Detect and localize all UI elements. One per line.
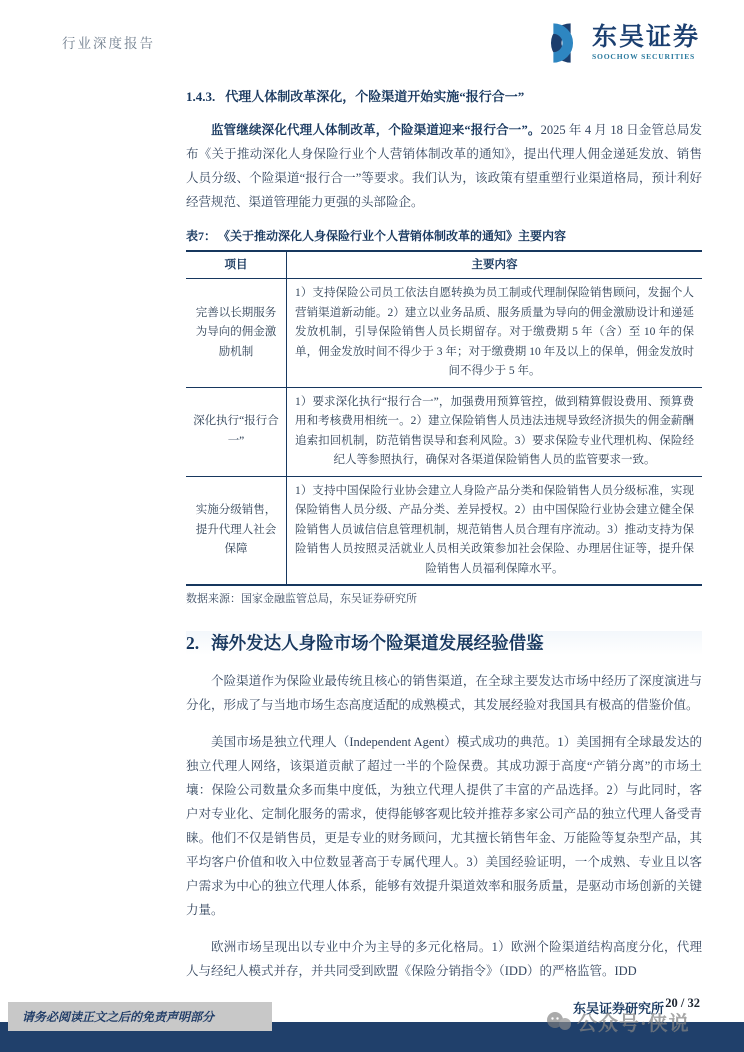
table7-header-row: 项目 主要内容: [186, 251, 702, 279]
table7-row3-item: 实施分级销售，提升代理人社会保障: [186, 476, 287, 585]
brand-block: 东吴证券 SOOCHOW SECURITIES: [539, 20, 700, 66]
table-row: 完善以长期服务为导向的佣金激励机制 1）支持保险公司员工依法自愿转换为员工制或代…: [186, 279, 702, 388]
watermark-text: 公众号·侠说: [577, 1007, 690, 1036]
table7-row3-content: 1）支持中国保险行业协会建立人身险产品分类和保险销售人员分级标准，实现保险销售人…: [287, 476, 703, 585]
paragraph-europe-market: 欧洲市场呈现出以专业中介为主导的多元化格局。1）欧洲个险渠道结构高度分化，代理人…: [186, 935, 702, 983]
table-row: 实施分级销售，提升代理人社会保障 1）支持中国保险行业协会建立人身险产品分类和保…: [186, 476, 702, 585]
content-column: 1.4.3.代理人体制改革深化，个险渠道开始实施“报行合一” 监管继续深化代理人…: [186, 88, 702, 1011]
disclaimer-text: 请务必阅读正文之后的免责声明部分: [22, 1010, 214, 1024]
table7-block: 表7：《关于推动深化人身保险行业个人营销体制改革的通知》主要内容 项目 主要内容…: [186, 227, 702, 607]
table7-col1-header: 项目: [186, 251, 287, 279]
chat-bubbles-icon: [546, 1010, 572, 1034]
table7-caption-title: 《关于推动深化人身保险行业个人营销体制改革的通知》主要内容: [224, 229, 566, 243]
section-2-number: 2.: [186, 633, 199, 653]
section-2-heading: 2.海外发达人身险市场个险渠道发展经验借鉴: [186, 631, 702, 655]
table7-row2-item: 深化执行“报行合一”: [186, 387, 287, 476]
paragraph-overview: 个险渠道作为保险业最传统且核心的销售渠道，在全球主要发达市场中经历了深度演进与分…: [186, 669, 702, 717]
report-type-label: 行业深度报告: [62, 32, 155, 52]
table7: 项目 主要内容 完善以长期服务为导向的佣金激励机制 1）支持保险公司员工依法自愿…: [186, 250, 702, 586]
paragraph-regulation-lead: 监管继续深化代理人体制改革，个险渠道迎来“报行合一”。: [211, 123, 541, 137]
section-1-4-3-heading: 1.4.3.代理人体制改革深化，个险渠道开始实施“报行合一”: [186, 88, 702, 106]
table7-caption: 表7：《关于推动深化人身保险行业个人营销体制改革的通知》主要内容: [186, 227, 702, 250]
brand-name-cn: 东吴证券: [592, 25, 700, 50]
soochow-logo-icon: [539, 20, 585, 66]
table7-row1-content: 1）支持保险公司员工依法自愿转换为员工制或代理制保险销售顾问，发掘个人营销渠道新…: [287, 279, 703, 388]
table-row: 深化执行“报行合一” 1）要求深化执行“报行合一”，加强费用预算管控，做到精算假…: [186, 387, 702, 476]
paragraph-us-market: 美国市场是独立代理人（Independent Agent）模式成功的典范。1）美…: [186, 730, 702, 922]
section-2-title: 海外发达人身险市场个险渠道发展经验借鉴: [211, 633, 544, 653]
section-1-4-3-number: 1.4.3.: [186, 89, 215, 104]
table7-source: 数据来源：国家金融监管总局，东吴证券研究所: [186, 592, 702, 607]
table7-row1-item: 完善以长期服务为导向的佣金激励机制: [186, 279, 287, 388]
table7-col2-header: 主要内容: [287, 251, 703, 279]
watermark: 公众号·侠说: [546, 1007, 690, 1036]
disclaimer-box: 请务必阅读正文之后的免责声明部分: [8, 1002, 272, 1031]
table7-row2-content: 1）要求深化执行“报行合一”，加强费用预算管控，做到精算假设费用、预算费用和考核…: [287, 387, 703, 476]
section-1-4-3-title: 代理人体制改革深化，个险渠道开始实施“报行合一”: [225, 89, 524, 104]
paragraph-regulation: 监管继续深化代理人体制改革，个险渠道迎来“报行合一”。2025 年 4 月 18…: [186, 118, 702, 214]
report-page: 行业深度报告 东吴证券 SOOCHOW SECURITIES 1.4.3.代理人…: [0, 0, 744, 1052]
table7-caption-label: 表7：: [186, 229, 216, 243]
brand-text: 东吴证券 SOOCHOW SECURITIES: [592, 25, 700, 61]
brand-name-en: SOOCHOW SECURITIES: [592, 53, 700, 61]
